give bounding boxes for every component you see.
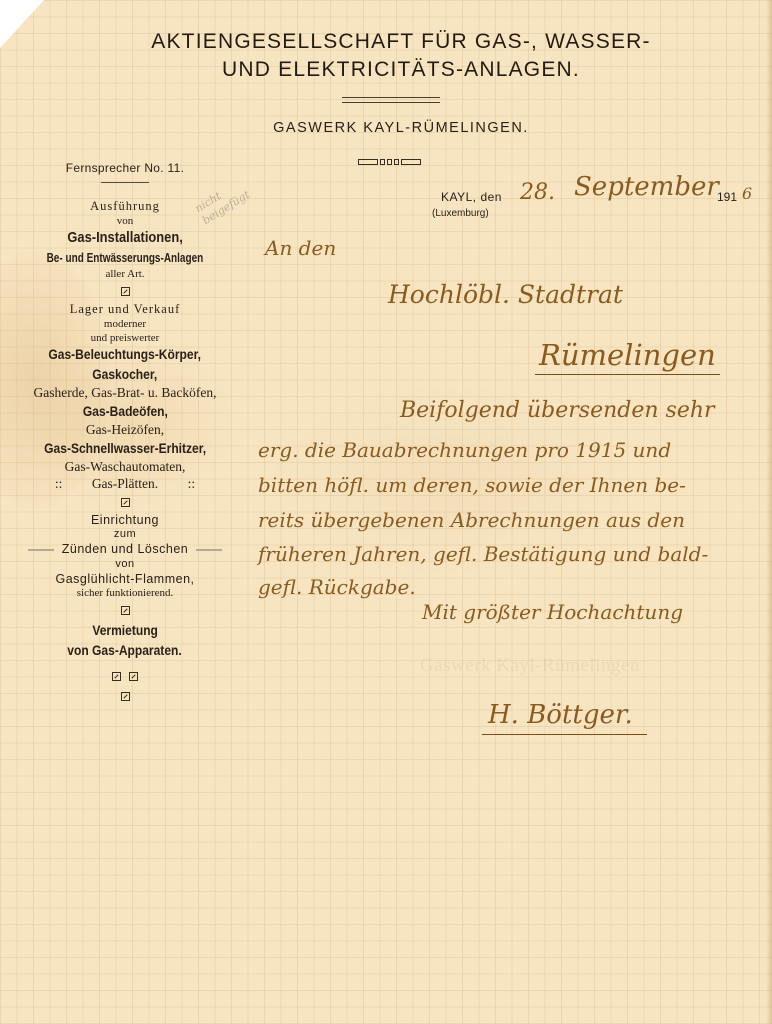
product-item: Gas-Schnellwasser-Erhitzer, [44, 440, 206, 458]
faint-stamp: Gaswerk Kayl-Rümelingen [420, 655, 640, 677]
decor-line [196, 549, 222, 551]
recipient-line2: Rümelingen [535, 338, 720, 375]
section1-note: aller Art. [10, 268, 240, 282]
product-item: Gas-Waschautomaten, [10, 459, 240, 476]
deco-dots: :: [55, 476, 63, 491]
services-sidebar: Fernsprecher No. 11. Ausführung von Gas-… [10, 161, 240, 707]
company-name-line2: UND ELEKTRICITÄTS-ANLAGEN. [30, 56, 772, 84]
section3-line5: Gasglühlicht-Flammen, [10, 572, 240, 588]
section1-subtitle: Be- und Entwässerungs-Anlagen [47, 251, 204, 267]
decor-line [28, 549, 54, 551]
date-year-handwritten: 6 [742, 184, 752, 203]
letter-body-line: erg. die Bauabrechnungen pro 1915 und [258, 438, 671, 462]
section4-line1: Vermietung [92, 622, 158, 640]
torn-corner [0, 0, 18, 22]
ornament-box-icon [121, 287, 130, 296]
section3-line4: von [10, 558, 240, 572]
deco-dots: :: [188, 476, 196, 491]
section2-line3: und preiswerter [10, 332, 240, 346]
dateline-country: (Luxemburg) [432, 208, 489, 219]
ornament-box-icon [112, 672, 121, 681]
ornament-divider-icon [358, 158, 422, 165]
section3-line3: Zünden und Löschen [62, 542, 188, 556]
letter-body-line: Beifolgend übersenden sehr [400, 398, 715, 423]
works-name: GASWERK KAYL-RÜMELINGEN. [0, 120, 772, 136]
ornament-box-icon [121, 606, 130, 615]
section3-line6: sicher funktionierend. [10, 587, 240, 601]
section4-line2: von Gas-Apparaten. [68, 642, 182, 660]
ornament-box-icon [121, 498, 130, 507]
product-item: Gaskocher, [93, 366, 158, 384]
product-item: Gasherde, Gas-Brat- u. Backöfen, [10, 385, 240, 402]
dateline-place: KAYL, den [441, 190, 502, 204]
ornament-box-icon [129, 672, 138, 681]
letter-body-line: reits übergebenen Abrechnungen aus den [258, 508, 685, 532]
section2-intro: Lager und Verkauf [10, 302, 240, 318]
ornament-box-icon [121, 692, 130, 701]
recipient-line1: Hochlöbl. Stadtrat [388, 280, 623, 309]
letter-body-line: gefl. Rückgabe. [258, 575, 416, 599]
date-year-printed: 191 [717, 190, 737, 204]
date-day: 28. [520, 180, 555, 205]
double-rule-divider [342, 97, 440, 103]
letter-body-line: bitten höfl. um deren, sowie der Ihnen b… [258, 473, 686, 497]
closing: Mit größter Hochachtung [422, 600, 683, 624]
section1-title: Gas-Installationen, [67, 229, 182, 248]
salutation: An den [265, 236, 336, 260]
letter-body-line: früheren Jahren, gefl. Bestätigung und b… [258, 542, 708, 566]
product-item: Gas-Beleuchtungs-Körper, [49, 346, 202, 364]
company-name: AKTIENGESELLSCHAFT FÜR GAS-, WASSER- UND… [0, 28, 772, 84]
divider [101, 182, 149, 183]
product-item: Gas-Plätten. [92, 476, 158, 491]
date-month: September [574, 172, 719, 202]
signature: H. Böttger. [482, 700, 647, 735]
section3-line1: Einrichtung [10, 513, 240, 529]
phone-number: Fernsprecher No. 11. [10, 161, 240, 176]
paper-edge [766, 0, 772, 1024]
product-item: Gas-Badeöfen, [83, 403, 168, 421]
section3-line2: zum [10, 528, 240, 542]
company-name-line1: AKTIENGESELLSCHAFT FÜR GAS-, WASSER- [30, 28, 772, 56]
product-item: Gas-Heizöfen, [10, 422, 240, 439]
section2-line2: moderner [10, 318, 240, 332]
